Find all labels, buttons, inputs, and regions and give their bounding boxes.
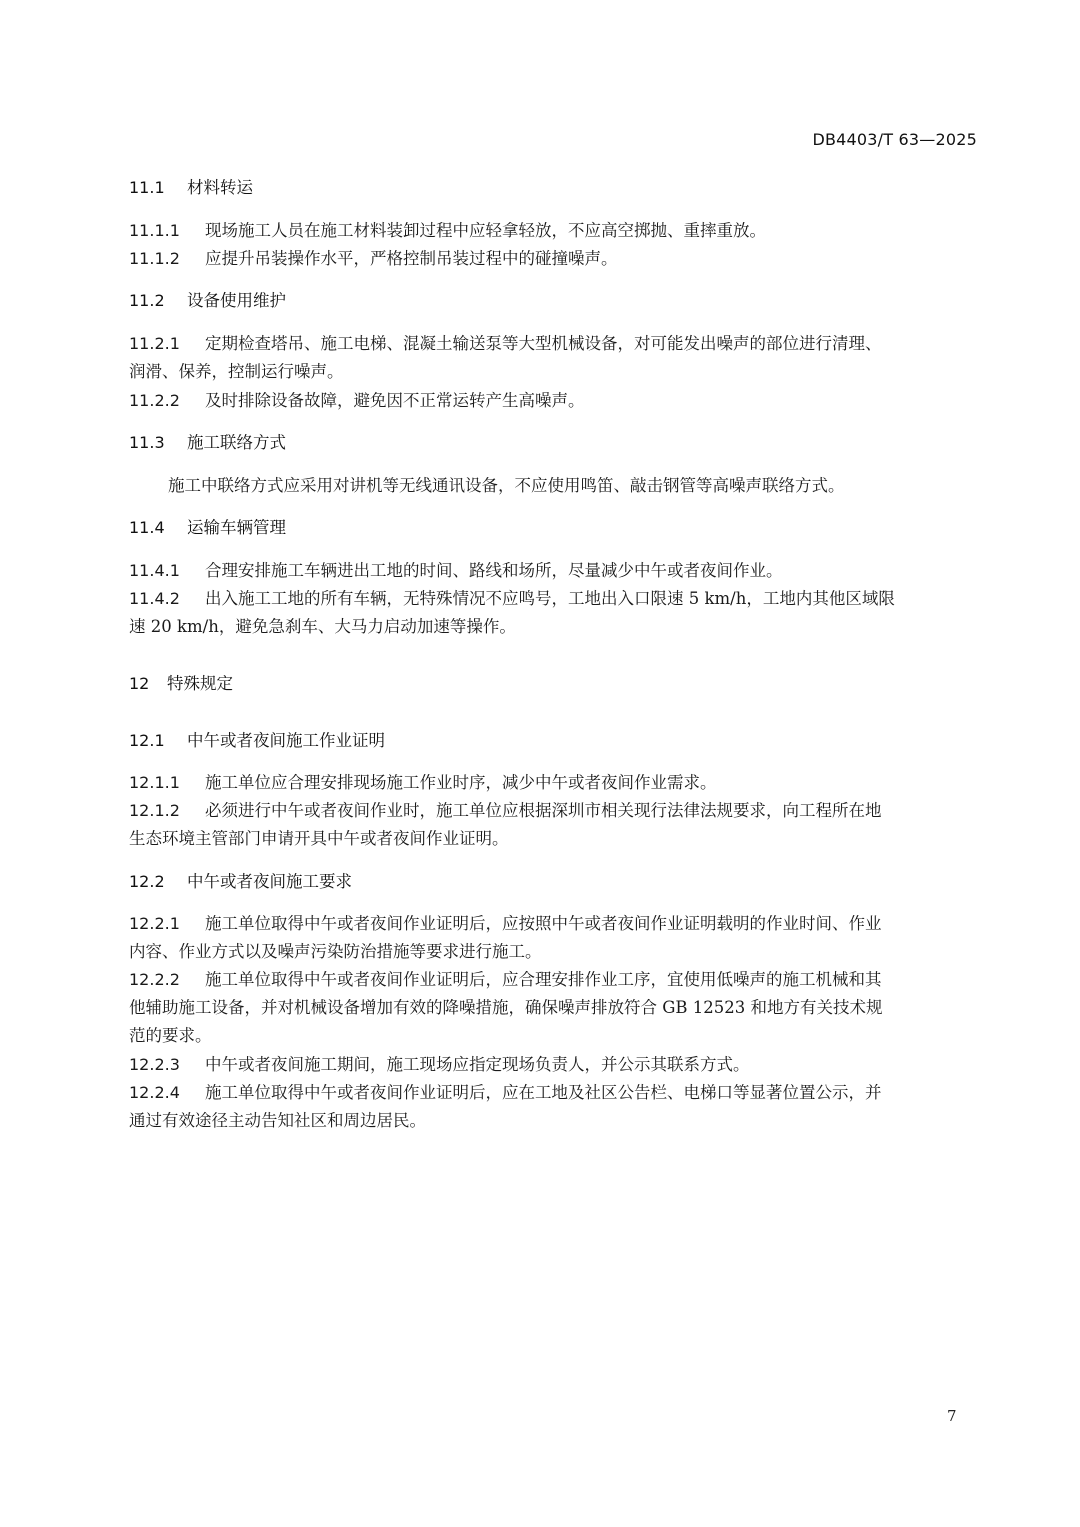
clause-11-2-1-cont: 润滑、保养，控制运行噪声。 bbox=[129, 362, 979, 382]
paragraph-text: 施工中联络方式应采用对讲机等无线通讯设备，不应使用鸣笛、敲击钢管等高噪声联络方式… bbox=[168, 476, 845, 495]
clause-text: 必须进行中午或者夜间作业时，施工单位应根据深圳市相关现行法律法规要求，向工程所在… bbox=[205, 801, 882, 820]
section-title: 材料转运 bbox=[187, 178, 253, 197]
section-number: 12.1 bbox=[129, 731, 187, 751]
clause-12-2-1: 12.2.1施工单位取得中午或者夜间作业证明后，应按照中午或者夜间作业证明载明的… bbox=[129, 914, 979, 934]
clause-11-1-1: 11.1.1现场施工人员在施工材料装卸过程中应轻拿轻放，不应高空掷抛、重摔重放。 bbox=[129, 221, 979, 241]
section-title: 运输车辆管理 bbox=[187, 518, 286, 537]
clause-text: 施工单位应合理安排现场施工作业时序，减少中午或者夜间作业需求。 bbox=[205, 773, 717, 792]
clause-number: 12.2.2 bbox=[129, 970, 205, 990]
document-page: DB4403/T 63—2025 11.1材料转运 11.1.1现场施工人员在施… bbox=[0, 0, 1080, 1527]
clause-number: 12.2.1 bbox=[129, 914, 205, 934]
clause-12-2-1-cont: 内容、作业方式以及噪声污染防治措施等要求进行施工。 bbox=[129, 942, 979, 962]
clause-12-1-1: 12.1.1施工单位应合理安排现场施工作业时序，减少中午或者夜间作业需求。 bbox=[129, 773, 979, 793]
clause-11-1-2: 11.1.2应提升吊装操作水平，严格控制吊装过程中的碰撞噪声。 bbox=[129, 249, 979, 269]
section-body-11-3: 施工中联络方式应采用对讲机等无线通讯设备，不应使用鸣笛、敲击钢管等高噪声联络方式… bbox=[168, 476, 1018, 496]
clause-number: 12.2.3 bbox=[129, 1055, 205, 1075]
page-number: 7 bbox=[947, 1407, 957, 1425]
clause-text: 现场施工人员在施工材料装卸过程中应轻拿轻放，不应高空掷抛、重摔重放。 bbox=[205, 221, 766, 240]
clause-text: 施工单位取得中午或者夜间作业证明后，应在工地及社区公告栏、电梯口等显著位置公示，… bbox=[205, 1083, 882, 1102]
clause-text-continued: 范的要求。 bbox=[129, 1026, 212, 1045]
clause-11-2-2: 11.2.2及时排除设备故障，避免因不正常运转产生高噪声。 bbox=[129, 391, 979, 411]
clause-text: 及时排除设备故障，避免因不正常运转产生高噪声。 bbox=[205, 391, 585, 410]
clause-text-continued: 他辅助施工设备，并对机械设备增加有效的降噪措施，确保噪声排放符合 GB 1252… bbox=[129, 998, 883, 1017]
clause-number: 11.2.1 bbox=[129, 334, 205, 354]
clause-11-4-1: 11.4.1合理安排施工车辆进出工地的时间、路线和场所，尽量减少中午或者夜间作业… bbox=[129, 561, 979, 581]
section-heading-11-3: 11.3施工联络方式 bbox=[129, 433, 979, 453]
clause-text: 中午或者夜间施工期间，施工现场应指定现场负责人，并公示其联系方式。 bbox=[205, 1055, 750, 1074]
clause-12-2-4-cont: 通过有效途径主动告知社区和周边居民。 bbox=[129, 1111, 979, 1131]
clause-text: 施工单位取得中午或者夜间作业证明后，应按照中午或者夜间作业证明载明的作业时间、作… bbox=[205, 914, 882, 933]
section-heading-11-2: 11.2设备使用维护 bbox=[129, 291, 979, 311]
clause-number: 11.4.1 bbox=[129, 561, 205, 581]
clause-text-continued: 速 20 km/h，避免急刹车、大马力启动加速等操作。 bbox=[129, 617, 516, 636]
clause-text: 施工单位取得中午或者夜间作业证明后，应合理安排作业工序，宜使用低噪声的施工机械和… bbox=[205, 970, 882, 989]
clause-text-continued: 内容、作业方式以及噪声污染防治措施等要求进行施工。 bbox=[129, 942, 542, 961]
section-number: 11.2 bbox=[129, 291, 187, 311]
section-number: 11.1 bbox=[129, 178, 187, 198]
chapter-title: 特殊规定 bbox=[167, 674, 233, 693]
clause-number: 12.1.2 bbox=[129, 801, 205, 821]
section-heading-12-1: 12.1中午或者夜间施工作业证明 bbox=[129, 731, 979, 751]
clause-number: 12.1.1 bbox=[129, 773, 205, 793]
document-code: DB4403/T 63—2025 bbox=[812, 130, 977, 149]
section-title: 中午或者夜间施工作业证明 bbox=[187, 731, 385, 750]
clause-12-2-3: 12.2.3中午或者夜间施工期间，施工现场应指定现场负责人，并公示其联系方式。 bbox=[129, 1055, 979, 1075]
section-heading-11-1: 11.1材料转运 bbox=[129, 178, 979, 198]
section-heading-11-4: 11.4运输车辆管理 bbox=[129, 518, 979, 538]
clause-text-continued: 生态环境主管部门申请开具中午或者夜间作业证明。 bbox=[129, 829, 509, 848]
clause-number: 11.1.2 bbox=[129, 249, 205, 269]
clause-12-2-4: 12.2.4施工单位取得中午或者夜间作业证明后，应在工地及社区公告栏、电梯口等显… bbox=[129, 1083, 979, 1103]
section-heading-12-2: 12.2中午或者夜间施工要求 bbox=[129, 872, 979, 892]
clause-text: 合理安排施工车辆进出工地的时间、路线和场所，尽量减少中午或者夜间作业。 bbox=[205, 561, 783, 580]
clause-text: 出入施工工地的所有车辆，无特殊情况不应鸣号，工地出入口限速 5 km/h，工地内… bbox=[205, 589, 895, 608]
clause-11-2-1: 11.2.1定期检查塔吊、施工电梯、混凝土输送泵等大型机械设备，对可能发出噪声的… bbox=[129, 334, 979, 354]
clause-text-continued: 润滑、保养，控制运行噪声。 bbox=[129, 362, 344, 381]
clause-11-4-2-cont: 速 20 km/h，避免急刹车、大马力启动加速等操作。 bbox=[129, 617, 979, 637]
clause-number: 11.2.2 bbox=[129, 391, 205, 411]
clause-12-2-2-cont2: 范的要求。 bbox=[129, 1026, 979, 1046]
chapter-heading-12: 12特殊规定 bbox=[129, 674, 979, 694]
chapter-number: 12 bbox=[129, 674, 167, 694]
section-title: 施工联络方式 bbox=[187, 433, 286, 452]
clause-12-1-2-cont: 生态环境主管部门申请开具中午或者夜间作业证明。 bbox=[129, 829, 979, 849]
clause-12-1-2: 12.1.2必须进行中午或者夜间作业时，施工单位应根据深圳市相关现行法律法规要求… bbox=[129, 801, 979, 821]
clause-number: 12.2.4 bbox=[129, 1083, 205, 1103]
clause-text: 定期检查塔吊、施工电梯、混凝土输送泵等大型机械设备，对可能发出噪声的部位进行清理… bbox=[205, 334, 882, 353]
clause-11-4-2: 11.4.2出入施工工地的所有车辆，无特殊情况不应鸣号，工地出入口限速 5 km… bbox=[129, 589, 979, 609]
clause-text: 应提升吊装操作水平，严格控制吊装过程中的碰撞噪声。 bbox=[205, 249, 618, 268]
section-number: 11.4 bbox=[129, 518, 187, 538]
section-title: 设备使用维护 bbox=[187, 291, 286, 310]
section-number: 12.2 bbox=[129, 872, 187, 892]
section-title: 中午或者夜间施工要求 bbox=[187, 872, 352, 891]
clause-12-2-2-cont: 他辅助施工设备，并对机械设备增加有效的降噪措施，确保噪声排放符合 GB 1252… bbox=[129, 998, 979, 1018]
section-number: 11.3 bbox=[129, 433, 187, 453]
clause-text-continued: 通过有效途径主动告知社区和周边居民。 bbox=[129, 1111, 426, 1130]
clause-number: 11.1.1 bbox=[129, 221, 205, 241]
clause-number: 11.4.2 bbox=[129, 589, 205, 609]
clause-12-2-2: 12.2.2施工单位取得中午或者夜间作业证明后，应合理安排作业工序，宜使用低噪声… bbox=[129, 970, 979, 990]
